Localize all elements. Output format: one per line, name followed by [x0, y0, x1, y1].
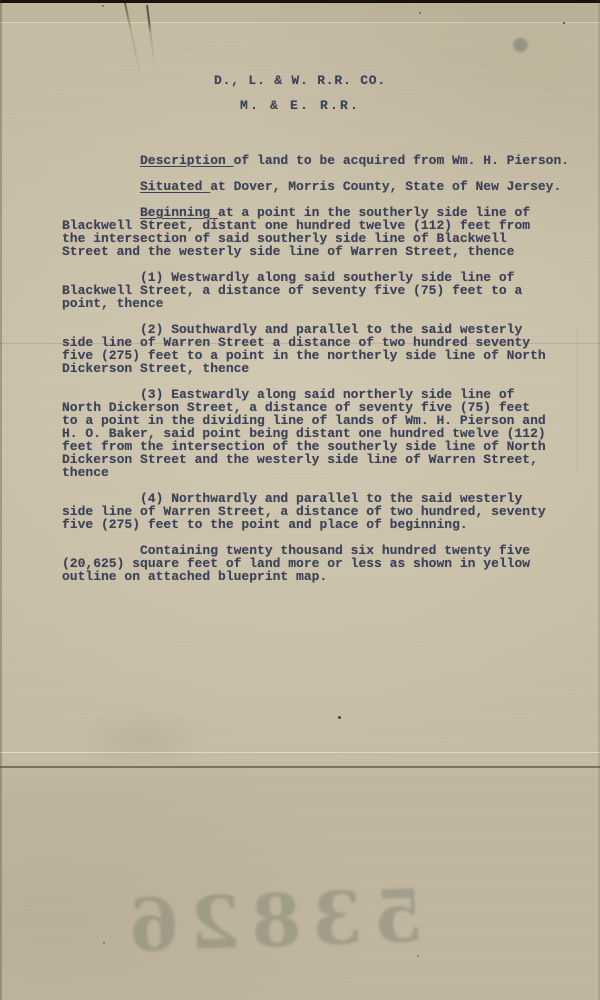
paragraph-8: Containing twenty thousand six hundred t…	[62, 544, 574, 583]
scanned-document-page: D., L. & W. R.R. CO. M. & E. R.R. Descri…	[0, 0, 600, 1000]
paragraph-4: (1) Westwardly along said southerly side…	[62, 271, 574, 310]
paragraph-7: (4) Northwardly and parallel to the said…	[62, 492, 574, 531]
crease-line	[0, 752, 600, 753]
text-line: Dickerson Street and the westerly side l…	[62, 453, 574, 466]
speck	[102, 5, 104, 7]
text-line: five (275) feet to the point and place o…	[62, 518, 574, 531]
text-line: Dickerson Street, thence	[62, 362, 574, 375]
underlined-word: Description	[140, 153, 234, 168]
crease-line	[577, 330, 578, 472]
scan-edge-top	[0, 0, 600, 3]
text-line: thence	[62, 466, 574, 479]
text-line: outline on attached blueprint map.	[62, 570, 574, 583]
underlined-word: Situated	[140, 179, 210, 194]
paragraph-1: Description of land to be acquired from …	[62, 154, 574, 167]
paper-top-band	[0, 3, 600, 23]
paragraph-2: Situated at Dover, Morris County, State …	[62, 180, 574, 193]
company-header: D., L. & W. R.R. CO. M. & E. R.R.	[0, 68, 600, 118]
description-text-block: Description of land to be acquired from …	[62, 154, 574, 583]
paragraph-3: Beginning at a point in the southerly si…	[62, 206, 574, 258]
speck	[103, 942, 105, 944]
speck	[563, 22, 565, 24]
speck	[338, 716, 341, 719]
speck	[419, 12, 421, 14]
text-line: point, thence	[62, 297, 574, 310]
paragraph-6: (3) Eastwardly along said northerly side…	[62, 388, 574, 479]
company-header-line-1: D., L. & W. R.R. CO.	[0, 68, 600, 93]
paragraph-5: (2) Southwardly and parallel to the said…	[62, 323, 574, 375]
text-line: Situated at Dover, Morris County, State …	[62, 180, 574, 193]
stamp-number: 53826	[117, 880, 425, 963]
crease-line	[0, 766, 600, 768]
text-line: Street and the westerly side line of War…	[62, 245, 574, 258]
text-line: Description of land to be acquired from …	[62, 154, 574, 167]
punch-hole-mark	[512, 37, 529, 53]
bleed-through-stamp: 53826	[117, 882, 369, 963]
scan-edge-left	[0, 0, 2, 1000]
company-header-line-2: M. & E. R.R.	[0, 93, 600, 118]
